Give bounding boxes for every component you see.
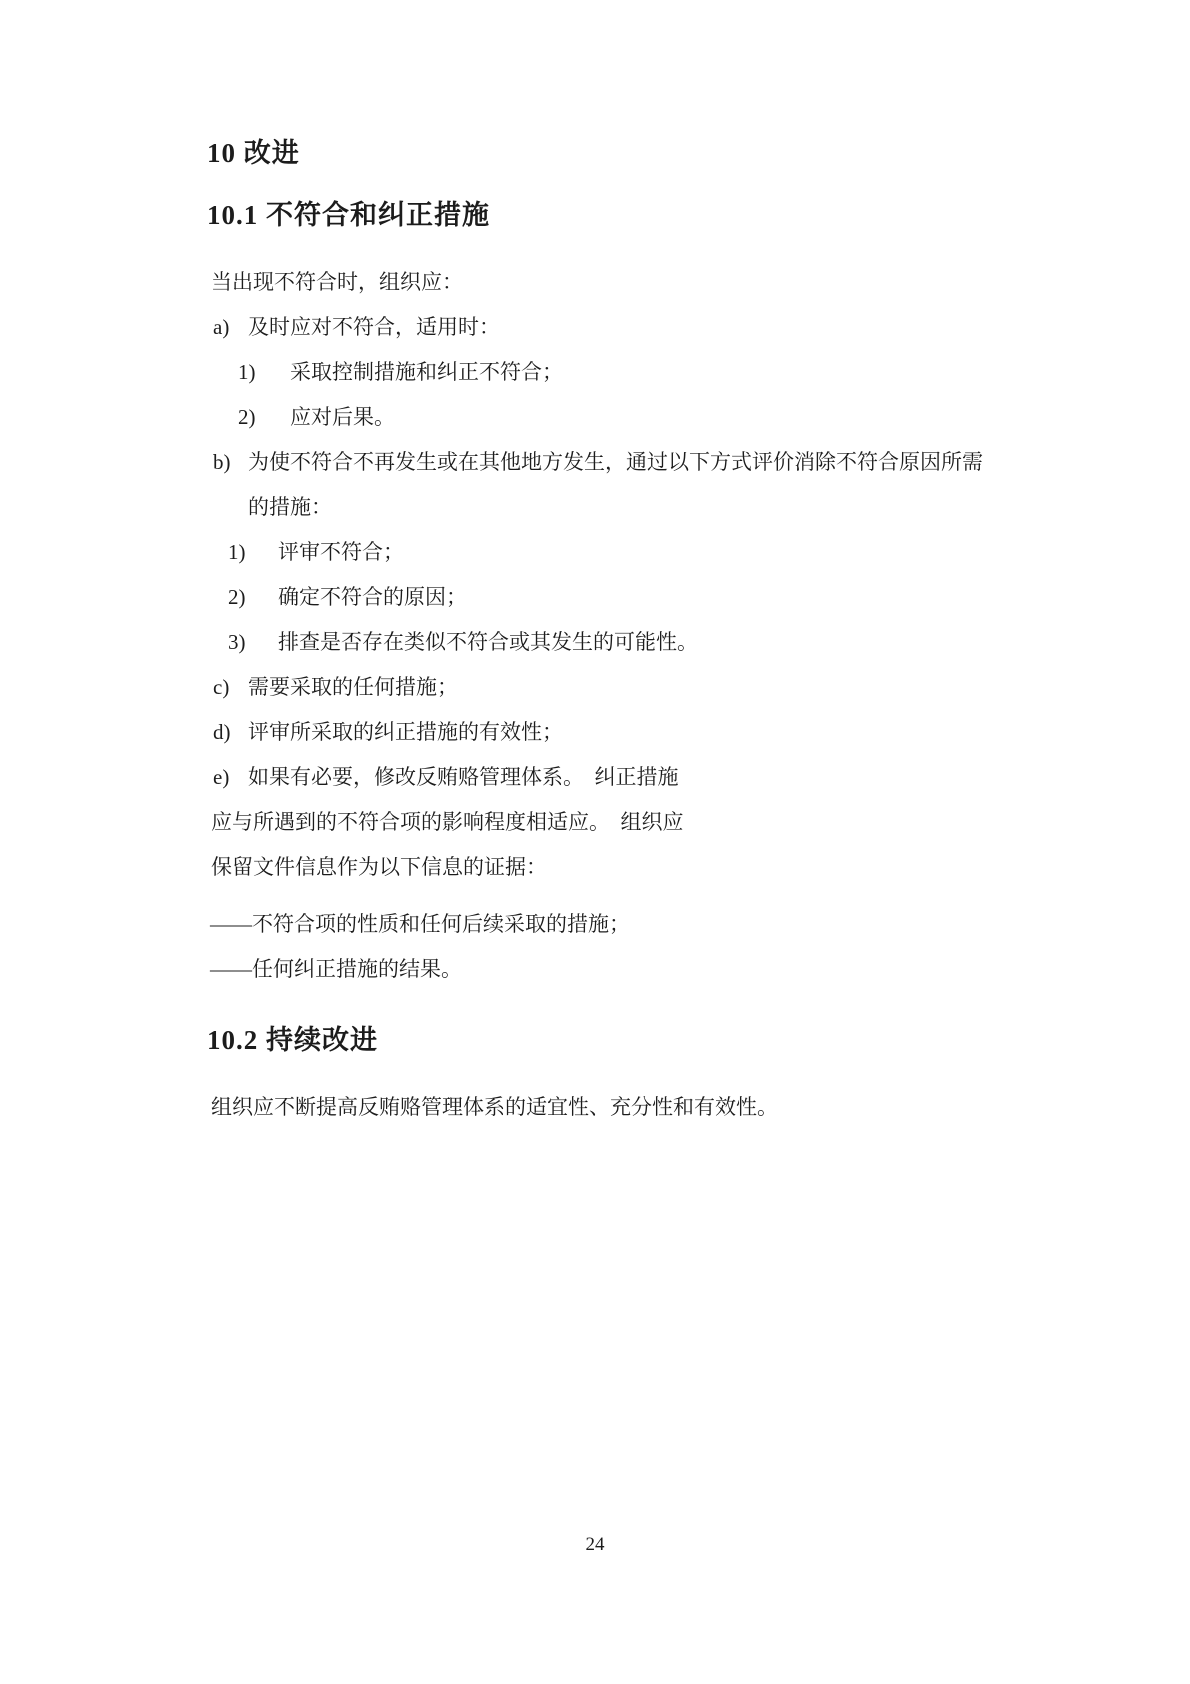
paragraph-text: 应与所遇到的不符合项的影响程度相适应。 组织应	[211, 800, 684, 845]
paragraph-line: 应与所遇到的不符合项的影响程度相适应。 组织应	[0, 800, 1190, 845]
list-item-b-3: 3) 排查是否存在类似不符合或其发生的可能性。	[0, 620, 1190, 665]
list-item-text: 排查是否存在类似不符合或其发生的可能性。	[278, 620, 698, 665]
document-body: 10 改进 10.1 不符合和纠正措施 当出现不符合时，组织应： a) 及时应对…	[0, 0, 1190, 1130]
list-item-a-2: 2) 应对后果。	[0, 395, 1190, 440]
list-item-a: a) 及时应对不符合，适用时：	[0, 305, 1190, 350]
list-item-text: 确定不符合的原因；	[278, 575, 467, 620]
list-marker: a)	[213, 305, 248, 350]
paragraph-text: 当出现不符合时，组织应：	[211, 260, 463, 305]
list-marker: 2)	[228, 575, 278, 620]
list-marker: 1)	[238, 350, 290, 395]
list-marker: d)	[213, 710, 248, 755]
section-heading-10-1: 10.1 不符合和纠正措施	[207, 200, 1190, 230]
list-marker: b)	[213, 440, 248, 485]
dash-list-item: ——不符合项的性质和任何后续采取的措施；	[0, 902, 1190, 947]
list-item-text: 评审不符合；	[278, 530, 404, 575]
list-marker: 2)	[238, 395, 290, 440]
list-item-b-1: 1) 评审不符合；	[0, 530, 1190, 575]
list-marker: c)	[213, 665, 248, 710]
dash-list-item: ——任何纠正措施的结果。	[0, 947, 1190, 992]
paragraph-line: 保留文件信息作为以下信息的证据：	[0, 845, 1190, 890]
list-item-e: e) 如果有必要，修改反贿赂管理体系。 纠正措施	[0, 755, 1190, 800]
dash-item-text: ——不符合项的性质和任何后续采取的措施；	[210, 902, 630, 947]
list-item-d: d) 评审所采取的纠正措施的有效性；	[0, 710, 1190, 755]
list-item-text: 及时应对不符合，适用时：	[248, 305, 500, 350]
list-item-b-2: 2) 确定不符合的原因；	[0, 575, 1190, 620]
page-number: 24	[0, 1533, 1190, 1557]
list-marker: 1)	[228, 530, 278, 575]
list-item-text: 评审所采取的纠正措施的有效性；	[248, 710, 563, 755]
list-item-text: 应对后果。	[290, 395, 395, 440]
dash-item-text: ——任何纠正措施的结果。	[210, 947, 462, 992]
list-item-b: b) 为使不符合不再发生或在其他地方发生，通过以下方式评价消除不符合原因所需 的…	[0, 440, 1190, 530]
closing-paragraph: 组织应不断提高反贿赂管理体系的适宜性、充分性和有效性。	[0, 1085, 1190, 1130]
list-item-text: 采取控制措施和纠正不符合；	[290, 350, 563, 395]
paragraph-text: 保留文件信息作为以下信息的证据：	[211, 845, 547, 890]
list-item-text: 为使不符合不再发生或在其他地方发生，通过以下方式评价消除不符合原因所需 的措施：	[248, 440, 983, 530]
list-item-text: 如果有必要，修改反贿赂管理体系。 纠正措施	[248, 755, 679, 800]
document-page: 10 改进 10.1 不符合和纠正措施 当出现不符合时，组织应： a) 及时应对…	[0, 0, 1190, 1684]
paragraph-line: 当出现不符合时，组织应：	[0, 260, 1190, 305]
section-heading-10-2: 10.2 持续改进	[207, 1025, 1190, 1055]
list-item-c: c) 需要采取的任何措施；	[0, 665, 1190, 710]
list-marker: 3)	[228, 620, 278, 665]
list-item-text: 需要采取的任何措施；	[248, 665, 458, 710]
list-marker: e)	[213, 755, 248, 800]
list-item-a-1: 1) 采取控制措施和纠正不符合；	[0, 350, 1190, 395]
section-heading-10: 10 改进	[207, 138, 1190, 168]
paragraph-text: 组织应不断提高反贿赂管理体系的适宜性、充分性和有效性。	[211, 1085, 778, 1130]
